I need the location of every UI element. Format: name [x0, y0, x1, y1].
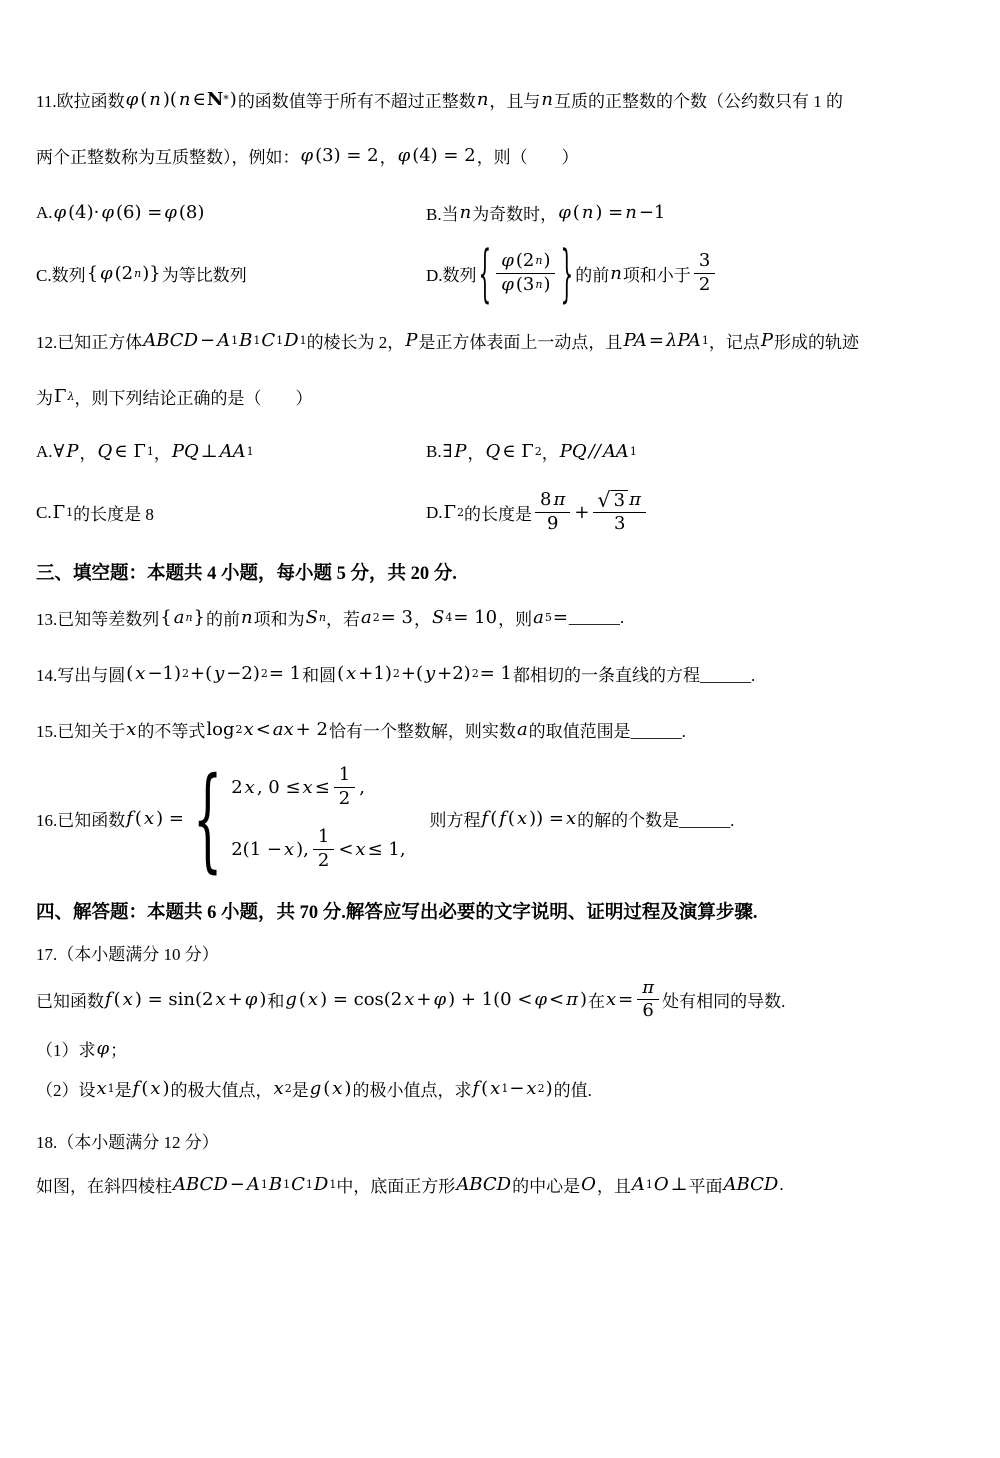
- question-12-options-cd: C.Γ1的长度是 8 D.Γ2的长度是8π9+√3π3: [36, 490, 970, 534]
- question-17-part-2: （2）设x1是f(x)的极大值点，x2是g(x)的极小值点，求f(x1 − x2…: [36, 1074, 970, 1104]
- question-13: 13.已知等差数列{an}的前n项和为Sn，若a2 = 3，S4 = 10，则a…: [36, 603, 970, 633]
- fraction: 12: [334, 765, 355, 809]
- option-11-c: C.数列{φ(2n)}为等比数列: [36, 261, 426, 286]
- exam-paper-page: 11.欧拉函数φ(n)(n ∈ N*)的函数值等于所有不超过正整数n，且与n互质…: [0, 0, 1000, 1458]
- question-18-body: 如图，在斜四棱柱ABCD − A1B1C1D1中，底面正方形ABCD的中心是O，…: [36, 1170, 970, 1200]
- cases-brace: {: [193, 762, 222, 875]
- radical: √3: [597, 490, 628, 511]
- option-12-c: C.Γ1的长度是 8: [36, 500, 426, 525]
- question-12-line-1: 12.已知正方体ABCD − A1B1C1D1的棱长为 2，P是正方体表面上一动…: [36, 325, 970, 355]
- question-17-header: 17.（本小题满分 10 分）: [36, 938, 970, 968]
- question-12-options-ab: A.∀P，Q ∈ Γ1，PQ ⊥ AA1 B.∃P，Q ∈ Γ2，PQ ∕∕ A…: [36, 439, 970, 464]
- fraction: π6: [637, 978, 659, 1022]
- question-17-part-1: （1）求φ；: [36, 1034, 970, 1064]
- big-delimiter: }: [560, 242, 573, 304]
- question-15: 15.已知关于x的不等式log2x < ax+ 2恰有一个整数解，则实数a的取值…: [36, 715, 970, 745]
- piecewise-cases: {2x, 0 ≤ x ≤ 12,2(1 − x), 12 < x ≤ 1,: [191, 765, 407, 872]
- option-12-a: A.∀P，Q ∈ Γ1，PQ ⊥ AA1: [36, 439, 426, 464]
- fraction: φ(2n)φ(3n): [496, 251, 555, 295]
- fraction: 32: [694, 251, 715, 295]
- question-11-options-cd: C.数列{φ(2n)}为等比数列 D.数列{φ(2n)φ(3n)}的前n项和小于…: [36, 251, 970, 295]
- question-11-line-1: 11.欧拉函数φ(n)(n ∈ N*)的函数值等于所有不超过正整数n，且与n互质…: [36, 84, 970, 114]
- option-12-b: B.∃P，Q ∈ Γ2，PQ ∕∕ AA1: [426, 439, 637, 464]
- big-delimiter: {: [479, 242, 492, 304]
- question-14: 14.写出与圆(x−1)2+(y−2)2= 1和圆(x+1)2+(y+2)2= …: [36, 659, 970, 689]
- question-17-body: 已知函数f(x) = sin(2x+φ)和g(x) = cos(2x+φ) + …: [36, 978, 970, 1022]
- question-16: 16.已知函数f(x) ={2x, 0 ≤ x ≤ 12,2(1 − x), 1…: [36, 765, 970, 872]
- fraction: 8π9: [535, 490, 570, 534]
- question-11-line-2: 两个正整数称为互质整数），例如：φ(3) = 2，φ(4) = 2，则（ ）: [36, 140, 970, 170]
- question-18-header: 18.（本小题满分 12 分）: [36, 1126, 970, 1156]
- question-11-options-ab: A.φ(4)·φ(6) = φ(8) B.当n为奇数时，φ(n) = n−1: [36, 200, 970, 225]
- fraction: √3π3: [593, 490, 645, 534]
- option-12-d: D.Γ2的长度是8π9+√3π3: [426, 490, 649, 534]
- question-12-line-2: 为Γλ，则下列结论正确的是（ ）: [36, 381, 970, 411]
- fraction: 12: [313, 827, 334, 871]
- option-11-d: D.数列{φ(2n)φ(3n)}的前n项和小于32: [426, 251, 718, 295]
- section-4-header: 四、解答题：本题共 6 小题，共 70 分.解答应写出必要的文字说明、证明过程及…: [36, 896, 970, 926]
- option-11-a: A.φ(4)·φ(6) = φ(8): [36, 202, 426, 223]
- option-11-b: B.当n为奇数时，φ(n) = n−1: [426, 200, 666, 225]
- section-3-header: 三、填空题：本题共 4 小题，每小题 5 分，共 20 分.: [36, 557, 970, 587]
